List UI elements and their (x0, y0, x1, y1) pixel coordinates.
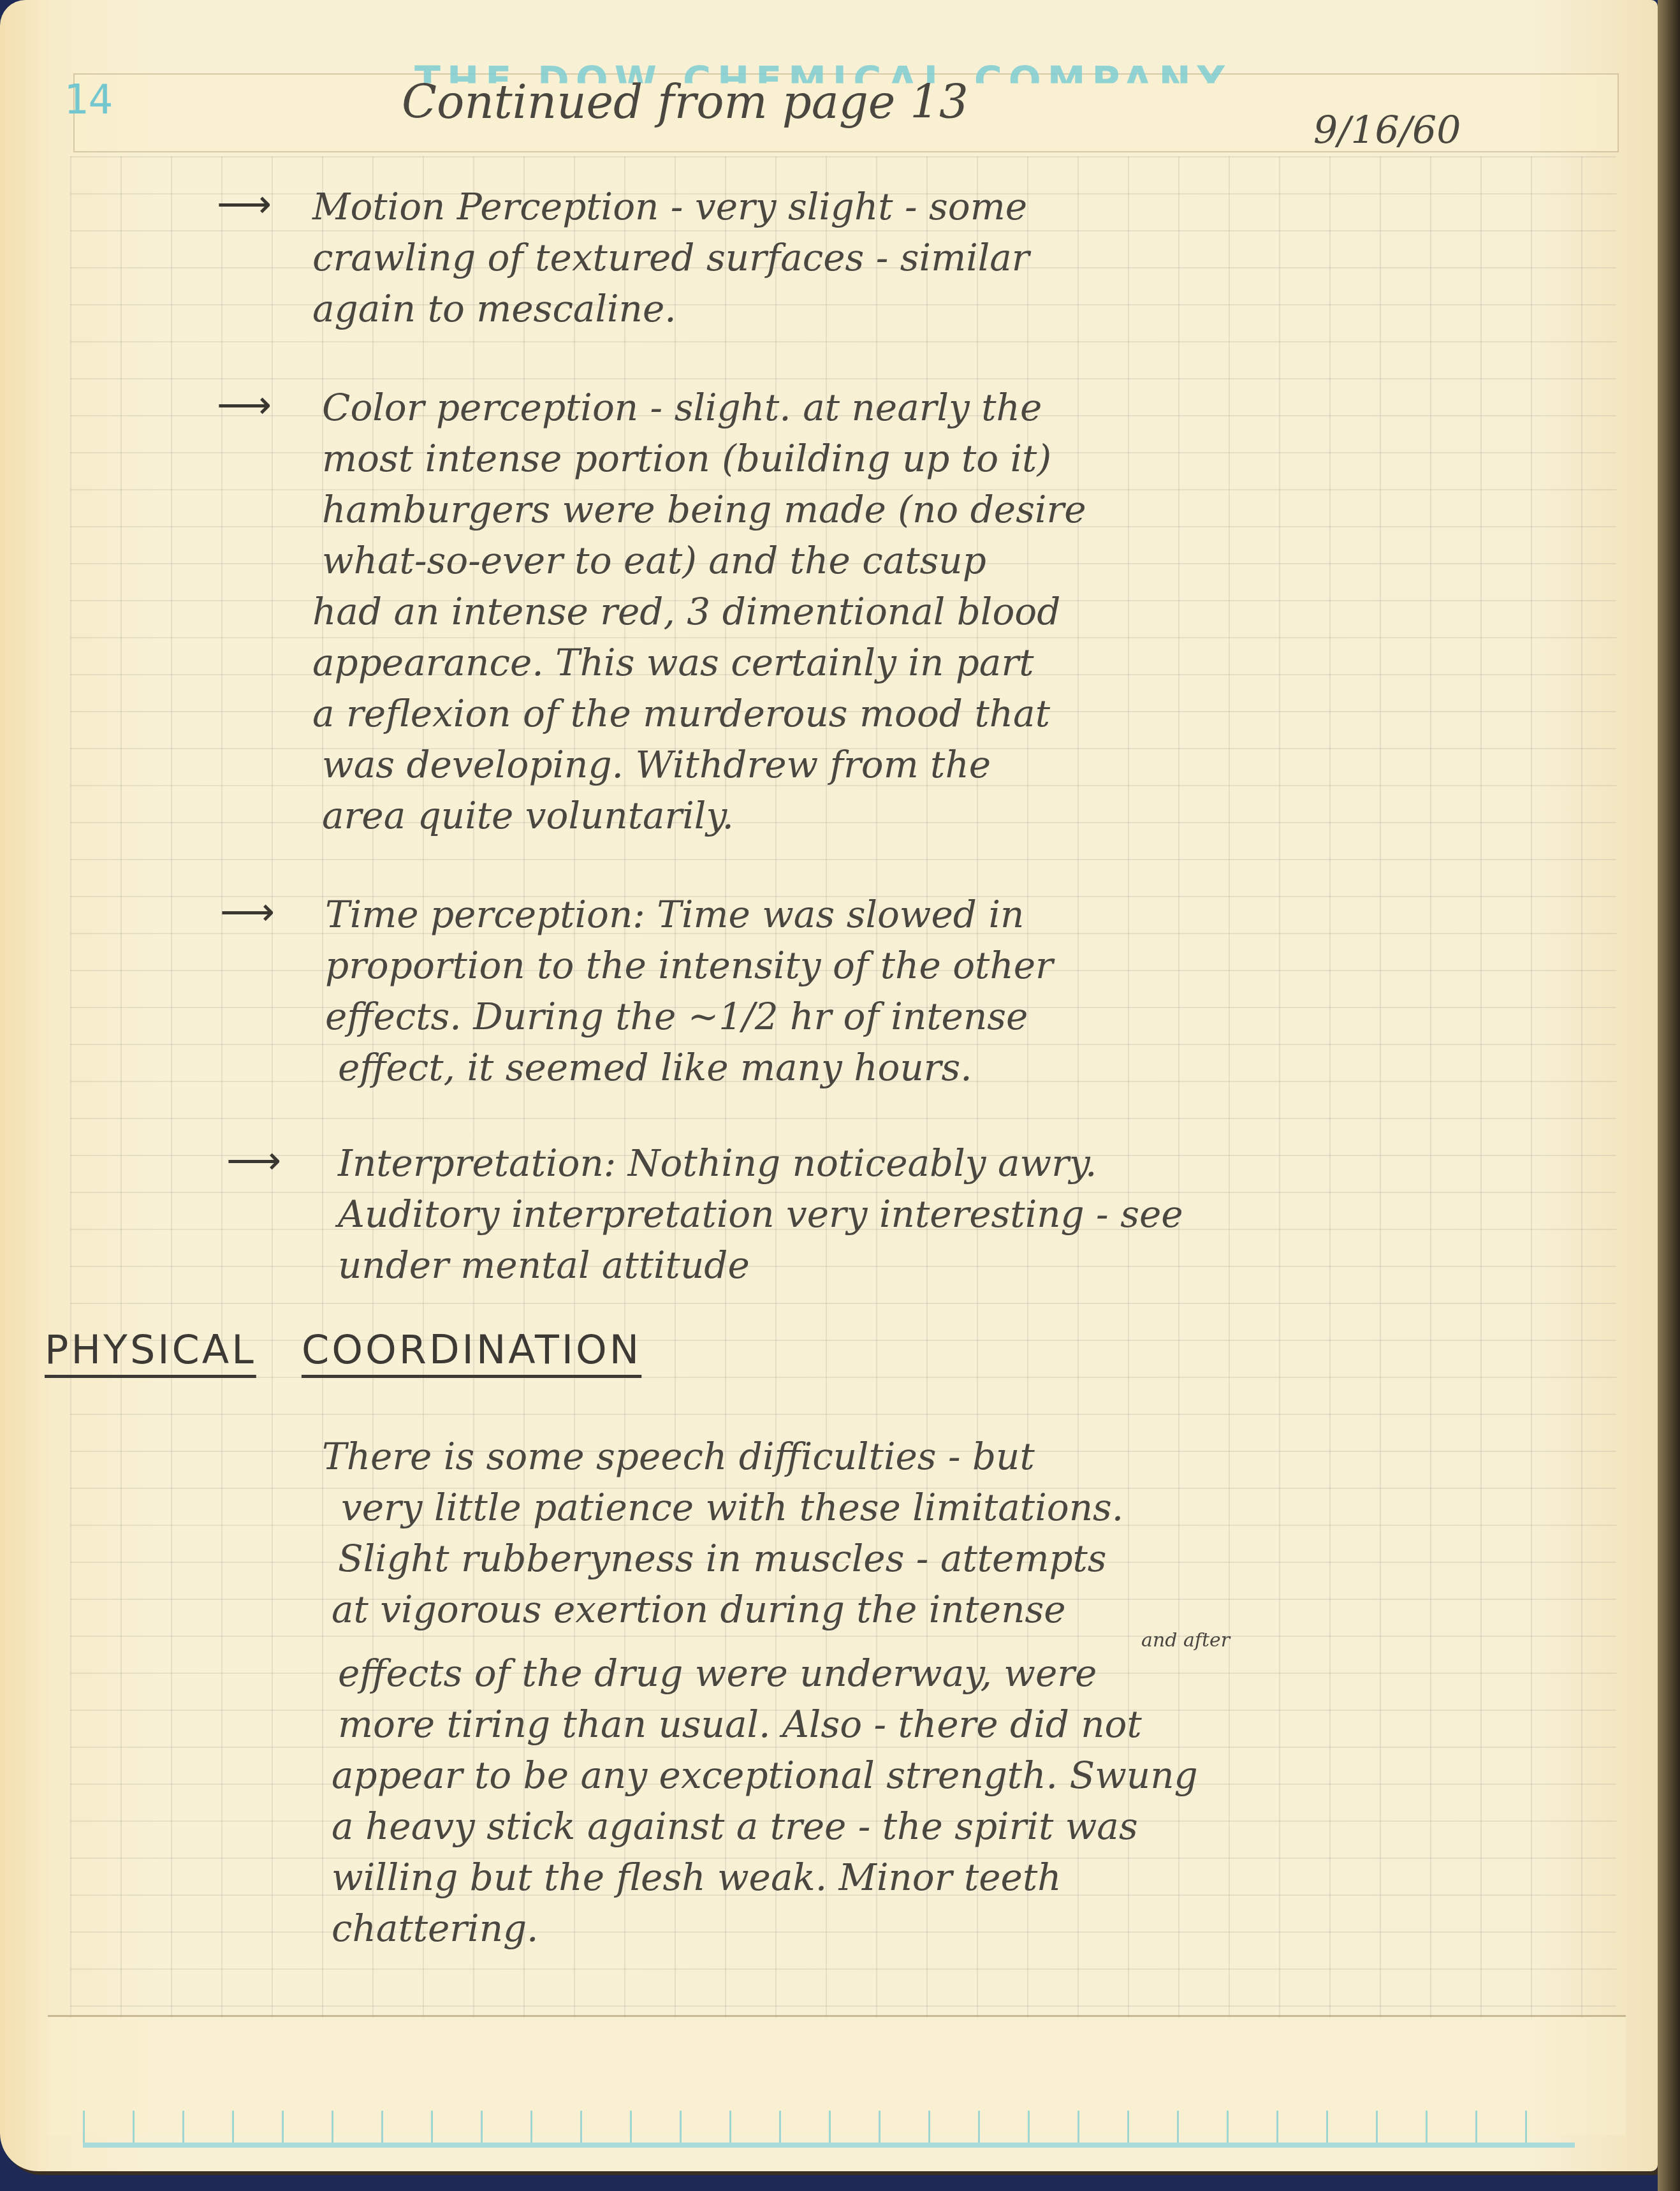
entry-color-line-9: area quite voluntarily. (322, 794, 734, 837)
entry-color-line-2: most intense portion (building up to it) (322, 437, 1051, 480)
physical-line-5: effects of the drug were underway, were (338, 1652, 1097, 1695)
entry-time-line-3: effects. During the ~1/2 hr of intense (325, 995, 1028, 1038)
arrow-icon: ⟶ (226, 1138, 281, 1183)
entry-color-line-6: appearance. This was certainly in part (312, 641, 1034, 684)
physical-line-6: more tiring than usual. Also - there did… (338, 1703, 1142, 1746)
entry-time-line-4: effect, it seemed like many hours. (338, 1046, 972, 1089)
entry-date: 9/16/60 (1313, 108, 1461, 153)
continued-note: Continued from page 13 (402, 75, 968, 129)
physical-line-8: a heavy stick against a tree - the spiri… (332, 1805, 1138, 1848)
physical-line-4: at vigorous exertion during the intense (332, 1588, 1066, 1631)
entry-color-line-4: what-so-ever to eat) and the catsup (322, 539, 986, 582)
entry-color-line-3: hamburgers were being made (no desire (322, 488, 1086, 531)
physical-line-9: willing but the flesh weak. Minor teeth (332, 1856, 1062, 1899)
physical-line-7: appear to be any exceptional strength. S… (332, 1754, 1198, 1797)
entry-color-line-8: was developing. Withdrew from the (322, 743, 991, 786)
page-edge (1658, 0, 1680, 2191)
entry-color-line-7: a reflexion of the murderous mood that (312, 692, 1050, 735)
entry-interpretation-line-2: Auditory interpretation very interesting… (338, 1192, 1183, 1236)
physical-line-10: chattering. (332, 1907, 539, 1950)
entry-motion-line-3: again to mescaline. (312, 287, 676, 330)
footer-ruler (83, 2111, 1575, 2148)
insertion-annotation: and after (1141, 1629, 1230, 1652)
physical-line-2: very little patience with these limitati… (341, 1486, 1123, 1529)
section-title-part-2: COORDINATION (302, 1326, 641, 1373)
entry-motion-line-2: crawling of textured surfaces - similar (312, 236, 1030, 279)
page-number: 14 (64, 77, 113, 124)
arrow-icon: ⟶ (217, 182, 272, 226)
entry-time-line-2: proportion to the intensity of the other (325, 944, 1053, 987)
arrow-icon: ⟶ (217, 383, 272, 427)
entry-motion-line-1: Motion Perception - very slight - some (312, 185, 1027, 228)
entry-interpretation-line-1: Interpretation: Nothing noticeably awry. (338, 1141, 1097, 1185)
entry-time-line-1: Time perception: Time was slowed in (325, 893, 1024, 936)
section-title-physical-coordination: PHYSICAL COORDINATION (45, 1326, 641, 1373)
entry-color-line-1: Color perception - slight. at nearly the (322, 386, 1042, 429)
arrow-icon: ⟶ (220, 890, 275, 934)
entry-color-line-5: had an intense red, 3 dimentional blood (312, 590, 1060, 633)
section-title-part-1: PHYSICAL (45, 1326, 256, 1373)
notebook-page: 14 THE DOW CHEMICAL COMPANY Continued fr… (0, 0, 1658, 2171)
entry-interpretation-line-3: under mental attitude (338, 1243, 750, 1287)
physical-line-1: There is some speech difficulties - but (322, 1435, 1035, 1478)
physical-line-3: Slight rubberyness in muscles - attempts (338, 1537, 1107, 1580)
